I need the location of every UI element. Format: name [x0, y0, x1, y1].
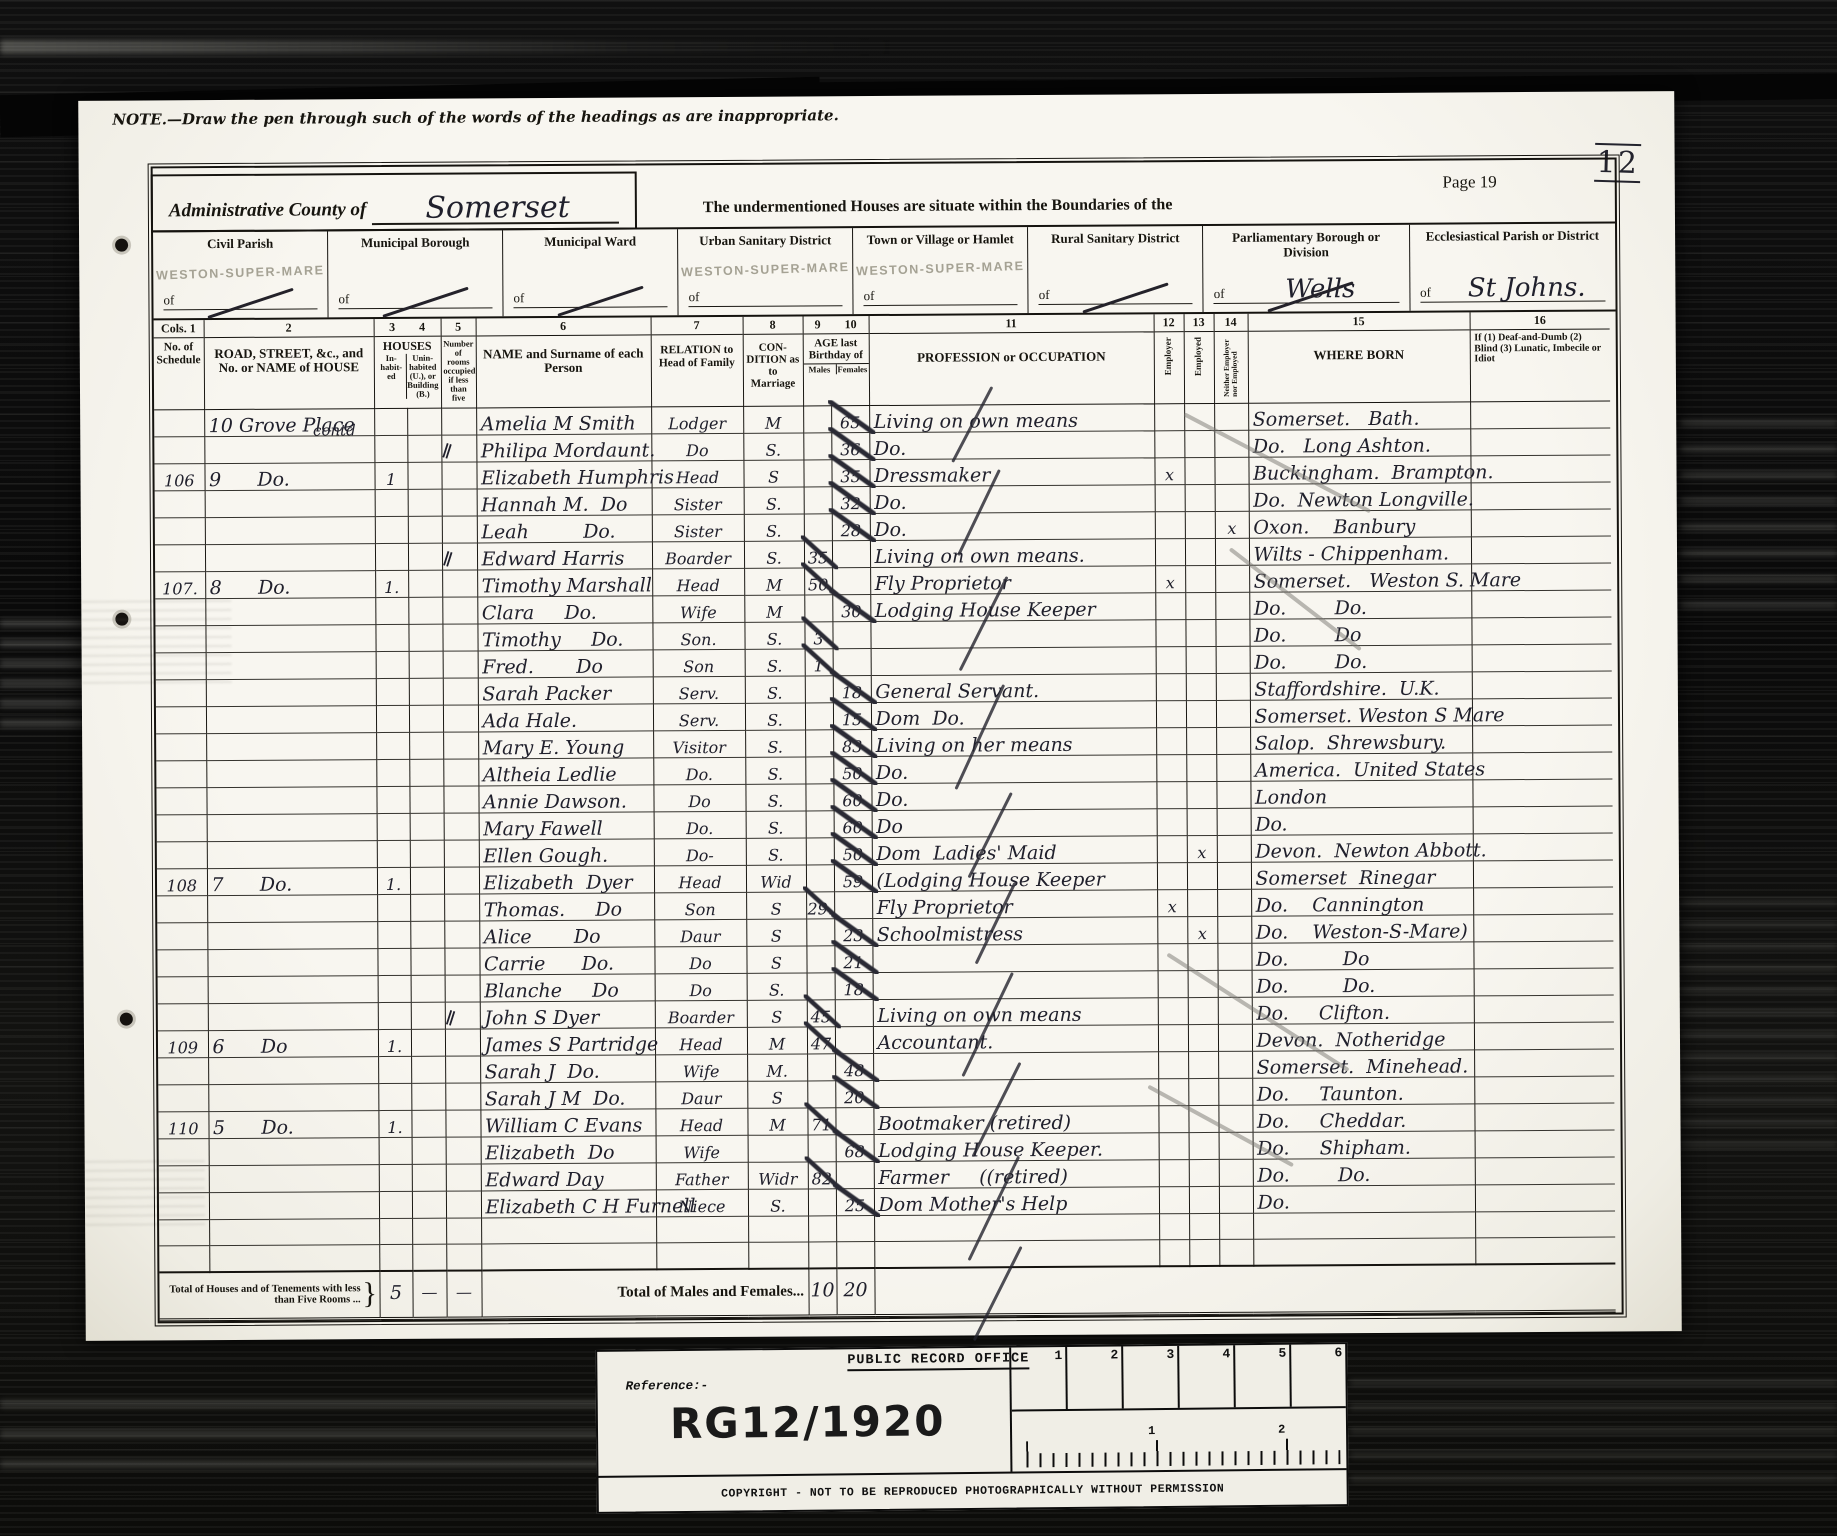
cell-infirmity [1470, 428, 1610, 456]
cell-name: Clara Do. [477, 596, 652, 624]
cell-age-female [836, 1162, 874, 1189]
cell-road [205, 598, 375, 626]
cell-employer [1157, 944, 1187, 971]
cell-rooms [443, 678, 478, 705]
cell-uninhabited [410, 840, 444, 867]
cell-age-male [806, 865, 834, 892]
cell-schedule [159, 1193, 209, 1220]
total-males: 10 [808, 1268, 836, 1316]
cell-name: Carrie Do. [479, 947, 654, 975]
cell-employed [1187, 943, 1217, 970]
cell-age-male: 71 [807, 1108, 835, 1135]
cell-employed [1188, 970, 1218, 997]
cell-inhabited [375, 597, 408, 624]
cell-occupation: Living on own means. [870, 539, 1155, 568]
district-parliamentary-borough-or-division: Parliamentary Borough or DivisionofWells [1202, 225, 1409, 312]
cell-road [206, 760, 376, 788]
cell-schedule [156, 680, 206, 707]
cell-uninhabited [411, 1002, 445, 1029]
district-of-line: ofWells [1214, 278, 1400, 304]
cell-infirmity [1475, 1184, 1615, 1212]
cell-rooms [442, 489, 477, 516]
cell-relation: Boarder [655, 1000, 747, 1028]
cell-relation: Do- [654, 838, 746, 866]
cell-relation: Do [651, 433, 743, 461]
cell-occupation: Do. [870, 485, 1155, 514]
cell-relation: Head [651, 460, 743, 488]
cell-employer [1158, 971, 1188, 998]
cell-name: Elizabeth Do [481, 1136, 656, 1164]
cell-relation: Daur [654, 919, 746, 947]
cell-inhabited [375, 543, 408, 570]
cell-road [207, 841, 377, 869]
district-label: Parliamentary Borough or Division [1203, 225, 1409, 261]
district-rural-sanitary-district: Rural Sanitary Districtof [1027, 226, 1203, 313]
cell-inhabited [377, 813, 410, 840]
totals-row: Total of Houses and of Tenements with le… [159, 1263, 1615, 1320]
cell-occupation [872, 944, 1157, 973]
cell-road [206, 679, 376, 707]
cell-infirmity [1473, 941, 1613, 969]
cell-age-male: 45 [807, 1000, 835, 1027]
cell-occupation: Living on own means [869, 404, 1154, 433]
cell-infirmity [1473, 887, 1613, 915]
cell-uninhabited [408, 516, 442, 543]
cell-where-born: Do. Newton Longville. [1249, 483, 1471, 511]
cell-neither [1215, 565, 1249, 592]
cell-employer [1156, 674, 1186, 701]
cm-ruler: 1 2 [1026, 1412, 1341, 1467]
cell-employer [1155, 512, 1185, 539]
district-label: Civil Parish [153, 231, 327, 252]
cell-rooms [443, 651, 478, 678]
cell-infirmity [1472, 779, 1612, 807]
cell-employer [1155, 620, 1185, 647]
inch-segment: 2 [1067, 1346, 1124, 1409]
cell-where-born: Do. Do [1251, 942, 1473, 970]
cell-condition: M [747, 1027, 807, 1054]
cell-occupation: Living on own means [873, 998, 1158, 1027]
cell-uninhabited [408, 489, 442, 516]
cell-schedule [157, 923, 207, 950]
cell-occupation: (Lodging House Keeper [872, 863, 1157, 892]
admin-county-label: Administrative County of [169, 199, 367, 222]
cell-where-born: Somerset. Weston S. Mare [1249, 564, 1471, 592]
district-stamp: WESTON-SUPER-MARE [153, 263, 327, 283]
cell-road [208, 976, 378, 1004]
cell-uninhabited [409, 786, 443, 813]
cell-road [205, 625, 375, 653]
cell-neither [1216, 700, 1250, 727]
district-civil-parish: Civil ParishWESTON-SUPER-MAREof [153, 231, 328, 318]
cell-condition: S [747, 1000, 807, 1027]
cell-condition [748, 1135, 808, 1162]
cell-inhabited [378, 1083, 411, 1110]
district-urban-sanitary-district: Urban Sanitary DistrictWESTON-SUPER-MARE… [677, 228, 853, 315]
cell-where-born: Do. Do. [1253, 1158, 1475, 1186]
cell-uninhabited [412, 1191, 446, 1218]
cell-employed [1188, 1078, 1218, 1105]
cell-uninhabited [408, 624, 442, 651]
cell-where-born: Somerset. Bath. [1248, 402, 1470, 430]
cell-uninhabited [410, 948, 444, 975]
cell-condition: S [743, 460, 803, 487]
cell-name: Sarah Packer [478, 677, 653, 705]
cell-road: 10 Grove Placecontd [204, 409, 374, 437]
cell-employer [1159, 1187, 1189, 1214]
cell-neither [1215, 619, 1249, 646]
cell-employed [1185, 565, 1215, 592]
cell-rooms [442, 570, 477, 597]
cell-age-female [832, 568, 870, 595]
cell-age-male: 35 [804, 541, 832, 568]
cell-occupation [873, 971, 1158, 1000]
cell-age-male [805, 784, 833, 811]
cell-employer [1156, 728, 1186, 755]
cell-condition: M [747, 1108, 807, 1135]
cell-inhabited [377, 948, 410, 975]
cell-rooms [444, 948, 479, 975]
cell-condition: S. [744, 622, 804, 649]
cell-condition: S. [744, 514, 804, 541]
admin-county-value: Somerset [372, 194, 619, 225]
cell-employer [1157, 917, 1187, 944]
cell-name: Timothy Do. [477, 623, 652, 651]
cell-uninhabited [412, 1137, 446, 1164]
cell-age-male [806, 838, 834, 865]
cell-age-female [832, 622, 870, 649]
cell-inhabited [377, 840, 410, 867]
cell-where-born: Do. Taunton. [1252, 1077, 1474, 1105]
cell-inhabited [376, 759, 409, 786]
cell-name: Elizabeth C H Furnell [481, 1190, 656, 1218]
cell-inhabited [378, 975, 411, 1002]
cell-name: Edward Day [481, 1163, 656, 1191]
cell-neither [1216, 781, 1250, 808]
cell-where-born: Buckingham. Brampton. [1248, 456, 1470, 484]
cell-age-female: 21 [834, 946, 872, 973]
cell-name: Edward Harris [477, 542, 652, 570]
cell-rooms [445, 1056, 480, 1083]
cell-condition: S. [745, 730, 805, 757]
cell-age-female: 25 [836, 1189, 874, 1216]
cell-neither [1218, 970, 1252, 997]
cell-employed [1187, 808, 1217, 835]
inch-segment: 4 [1179, 1345, 1236, 1408]
cell-condition: S [746, 946, 806, 973]
cell-name: Thomas. Do [479, 893, 654, 921]
cell-relation: Daur [655, 1081, 747, 1109]
cell-name: Sarah J M Do. [480, 1082, 655, 1110]
col-age-header: 9 10 AGE last Birthday of MalesFemales [803, 316, 870, 406]
cell-rooms [441, 408, 476, 435]
cell-age-male [807, 973, 835, 1000]
cell-where-born: Somerset Rinegar [1251, 861, 1473, 889]
cell-road [206, 652, 376, 680]
cell-employer [1155, 539, 1185, 566]
cell-name: Mary Fawell [479, 812, 654, 840]
cell-age-female: 35 [831, 460, 869, 487]
cell-employer [1157, 863, 1187, 890]
cell-rooms [445, 1029, 480, 1056]
cell-name: Leah Do. [477, 515, 652, 543]
cell-infirmity [1473, 806, 1613, 834]
cell-employed [1189, 1159, 1219, 1186]
cell-age-male [806, 946, 834, 973]
census-rows: 10 Grove PlacecontdAmelia M SmithLodgerM… [154, 401, 1616, 1320]
cell-neither [1219, 1186, 1253, 1213]
cell-uninhabited [411, 1056, 445, 1083]
cell-employer [1156, 701, 1186, 728]
cell-road [209, 1138, 379, 1166]
cell-age-female [834, 892, 872, 919]
cell-occupation: Do. [871, 782, 1156, 811]
cell-where-born: Do. Do. [1250, 645, 1472, 673]
cell-age-male [803, 433, 831, 460]
cell-infirmity [1474, 995, 1614, 1023]
cell-neither [1217, 889, 1251, 916]
cell-rooms: ∥ [442, 543, 477, 570]
cell-age-female: 60 [834, 811, 872, 838]
punch-hole [120, 1013, 133, 1026]
cell-employed [1186, 700, 1216, 727]
cell-name: Fred. Do [478, 650, 653, 678]
cell-name: William C Evans [480, 1109, 655, 1137]
inch-ruler: 123456 [1011, 1344, 1346, 1411]
cell-neither [1216, 673, 1250, 700]
cell-relation: Son. [652, 622, 744, 650]
cell-age-male: 82 [808, 1162, 836, 1189]
cell-infirmity [1472, 752, 1612, 780]
col-whereborn-header: 15WHERE BORN [1248, 312, 1471, 403]
cell-name: Blanche Do [480, 974, 655, 1002]
cell-employed [1187, 862, 1217, 889]
cell-employed [1186, 754, 1216, 781]
cell-rooms [444, 813, 479, 840]
cell-occupation: Fly Proprietor [872, 890, 1157, 919]
cell-occupation: Living on her means [871, 728, 1156, 757]
cell-employed [1185, 619, 1215, 646]
cell-employer [1158, 1106, 1188, 1133]
cell-uninhabited [411, 1110, 445, 1137]
cell-inhabited [378, 1056, 411, 1083]
cell-employer [1157, 809, 1187, 836]
district-stamp: WESTON-SUPER-MARE [678, 260, 852, 280]
col-employer-header: 12Employer [1154, 314, 1185, 404]
cell-where-born: Do. Cannington [1251, 888, 1473, 916]
cell-condition: S. [745, 757, 805, 784]
cell-inhabited: 1 [374, 462, 407, 489]
cell-relation: Do. [653, 757, 745, 785]
cell-schedule [156, 707, 206, 734]
cell-age-female: 20 [835, 1081, 873, 1108]
cell-relation: Father [656, 1162, 748, 1190]
district-value: St Johns. [1444, 276, 1606, 301]
cell-road [207, 922, 377, 950]
cell-road: 6 Do [208, 1030, 378, 1058]
cell-inhabited [375, 516, 408, 543]
cell-where-born: Do. [1253, 1185, 1475, 1213]
cell-condition: S. [745, 784, 805, 811]
cell-uninhabited [408, 570, 442, 597]
cell-employer [1158, 1052, 1188, 1079]
cell-occupation [873, 1052, 1158, 1081]
cell-employed [1188, 997, 1218, 1024]
cell-relation: Son [654, 892, 746, 920]
cell-condition: S. [747, 973, 807, 1000]
footnote: NOTE.—Draw the pen through such of the w… [112, 101, 1674, 130]
cell-condition: S. [744, 541, 804, 568]
cell-occupation: Do. [871, 755, 1156, 784]
cell-road [208, 1003, 378, 1031]
cell-rooms [442, 597, 477, 624]
cell-infirmity [1474, 1022, 1614, 1050]
cell-occupation [871, 647, 1156, 676]
inch-segment: 3 [1123, 1346, 1180, 1409]
cell-where-born: Do. Clifton. [1252, 996, 1474, 1024]
column-headers: Cols. 1No. of Schedule 2ROAD, STREET, &c… [154, 312, 1611, 410]
cell-employed [1188, 1105, 1218, 1132]
cell-uninhabited [410, 921, 444, 948]
cell-infirmity [1472, 644, 1612, 672]
census-page: 12 Administrative County of Somerset The… [78, 91, 1682, 1341]
cell-age-female: 48 [835, 1054, 873, 1081]
cell-neither [1218, 1024, 1252, 1051]
cell-employer [1158, 998, 1188, 1025]
cell-schedule [154, 437, 204, 464]
cell-neither [1214, 430, 1248, 457]
cell-relation: Boarder [652, 541, 744, 569]
cell-rooms: ∥ [445, 1002, 480, 1029]
cell-where-born: Oxon. Banbury [1249, 510, 1471, 538]
cell-infirmity [1471, 536, 1611, 564]
cell-infirmity [1473, 860, 1613, 888]
cell-inhabited: 1. [378, 1110, 411, 1137]
cell-name: Altheia Ledlie [478, 758, 653, 786]
cell-name: Mary E. Young [478, 731, 653, 759]
cell-where-born: Somerset. Minehead. [1252, 1050, 1474, 1078]
cell-road [208, 1057, 378, 1085]
cell-condition: S. [745, 649, 805, 676]
cell-neither [1214, 403, 1248, 430]
cm-minor-ticks [1026, 1450, 1340, 1467]
cm-label: 1 [1148, 1424, 1155, 1438]
cell-age-female: 50 [834, 838, 872, 865]
cell-schedule: 110 [158, 1112, 208, 1139]
district-value [187, 306, 317, 309]
district-value [1063, 301, 1193, 304]
cell-rooms [443, 732, 478, 759]
public-record-office-stamp: PUBLIC RECORD OFFICE Reference:- RG12/19… [595, 1342, 1349, 1514]
cell-rooms [444, 921, 479, 948]
cell-uninhabited [407, 408, 441, 435]
cell-schedule [155, 545, 205, 572]
cell-employed [1184, 403, 1214, 430]
cell-occupation: Dom Ladies' Maid [872, 836, 1157, 865]
cell-inhabited [375, 624, 408, 651]
cell-age-male [803, 406, 831, 433]
cell-infirmity [1473, 833, 1613, 861]
cell-name: Philipa Mordaunt. [476, 434, 651, 462]
stamp-reference-number: RG12/1920 [670, 1396, 946, 1448]
cell-age-female: 32 [832, 487, 870, 514]
cell-age-female [832, 541, 870, 568]
cell-infirmity [1474, 968, 1614, 996]
cell-employer: x [1157, 890, 1187, 917]
cell-relation: Wife [655, 1054, 747, 1082]
cell-employed [1187, 889, 1217, 916]
cell-inhabited [379, 1137, 412, 1164]
stamp-body: PUBLIC RECORD OFFICE Reference:- RG12/19… [597, 1344, 1346, 1478]
cell-name: Amelia M Smith [476, 407, 651, 435]
cell-condition: S. [744, 487, 804, 514]
cell-neither [1216, 646, 1250, 673]
cell-uninhabited [411, 975, 445, 1002]
cell-neither [1215, 484, 1249, 511]
cell-rooms [444, 867, 479, 894]
cell-rooms [446, 1191, 481, 1218]
cell-employer [1159, 1133, 1189, 1160]
cell-schedule: 107. [155, 572, 205, 599]
undermentioned-text: The undermentioned Houses are situate wi… [703, 196, 1173, 217]
cell-employer [1157, 836, 1187, 863]
cell-rooms [443, 759, 478, 786]
totals-males-females-label: Total of Males and Females... [482, 1283, 808, 1302]
cell-inhabited [376, 651, 409, 678]
cell-relation: Sister [652, 514, 744, 542]
cell-employed [1189, 1186, 1219, 1213]
cell-age-male [805, 703, 833, 730]
cell-occupation: Do. [869, 431, 1154, 460]
cell-occupation [873, 1079, 1158, 1108]
district-of-line: of [688, 281, 842, 307]
cell-uninhabited [411, 1083, 445, 1110]
cell-name: James S Partridge [480, 1028, 655, 1056]
cell-where-born: Do. Weston-S-Mare) [1251, 915, 1473, 943]
cell-infirmity [1472, 725, 1612, 753]
cell-name: Sarah J Do. [480, 1055, 655, 1083]
cell-age-female [835, 1000, 873, 1027]
page-number: Page 19 [1442, 172, 1496, 192]
cell-age-male [805, 730, 833, 757]
cell-age-female [833, 649, 871, 676]
cell-age-male [808, 1189, 836, 1216]
cell-schedule [155, 491, 205, 518]
cell-where-born: Do. Do. [1249, 591, 1471, 619]
cell-where-born: Do. Cheddar. [1252, 1104, 1474, 1132]
col-road-header: 2ROAD, STREET, &c., and No. or NAME of H… [204, 319, 375, 410]
cell-infirmity [1474, 1076, 1614, 1104]
cell-age-male: 3 [804, 622, 832, 649]
cell-occupation: Schoolmistress [872, 917, 1157, 946]
cell-uninhabited [410, 867, 444, 894]
cell-employer [1154, 404, 1184, 431]
cell-name: Elizabeth Humphris [476, 461, 651, 489]
cell-road: 8 Do. [205, 571, 375, 599]
cell-condition: S. [745, 703, 805, 730]
cell-infirmity [1470, 401, 1610, 429]
cell-occupation: General Servant. [871, 674, 1156, 703]
cell-occupation: Bootmaker (retired) [873, 1106, 1158, 1135]
cell-condition: S [747, 1081, 807, 1108]
cell-condition: M [743, 406, 803, 433]
cell-occupation: Fly Proprietor [870, 566, 1155, 595]
cell-condition: M [744, 568, 804, 595]
cell-where-born: Staffordshire. U.K. [1250, 672, 1472, 700]
cell-schedule [156, 788, 206, 815]
cell-condition: S. [746, 838, 806, 865]
cell-occupation: Do. [870, 512, 1155, 541]
